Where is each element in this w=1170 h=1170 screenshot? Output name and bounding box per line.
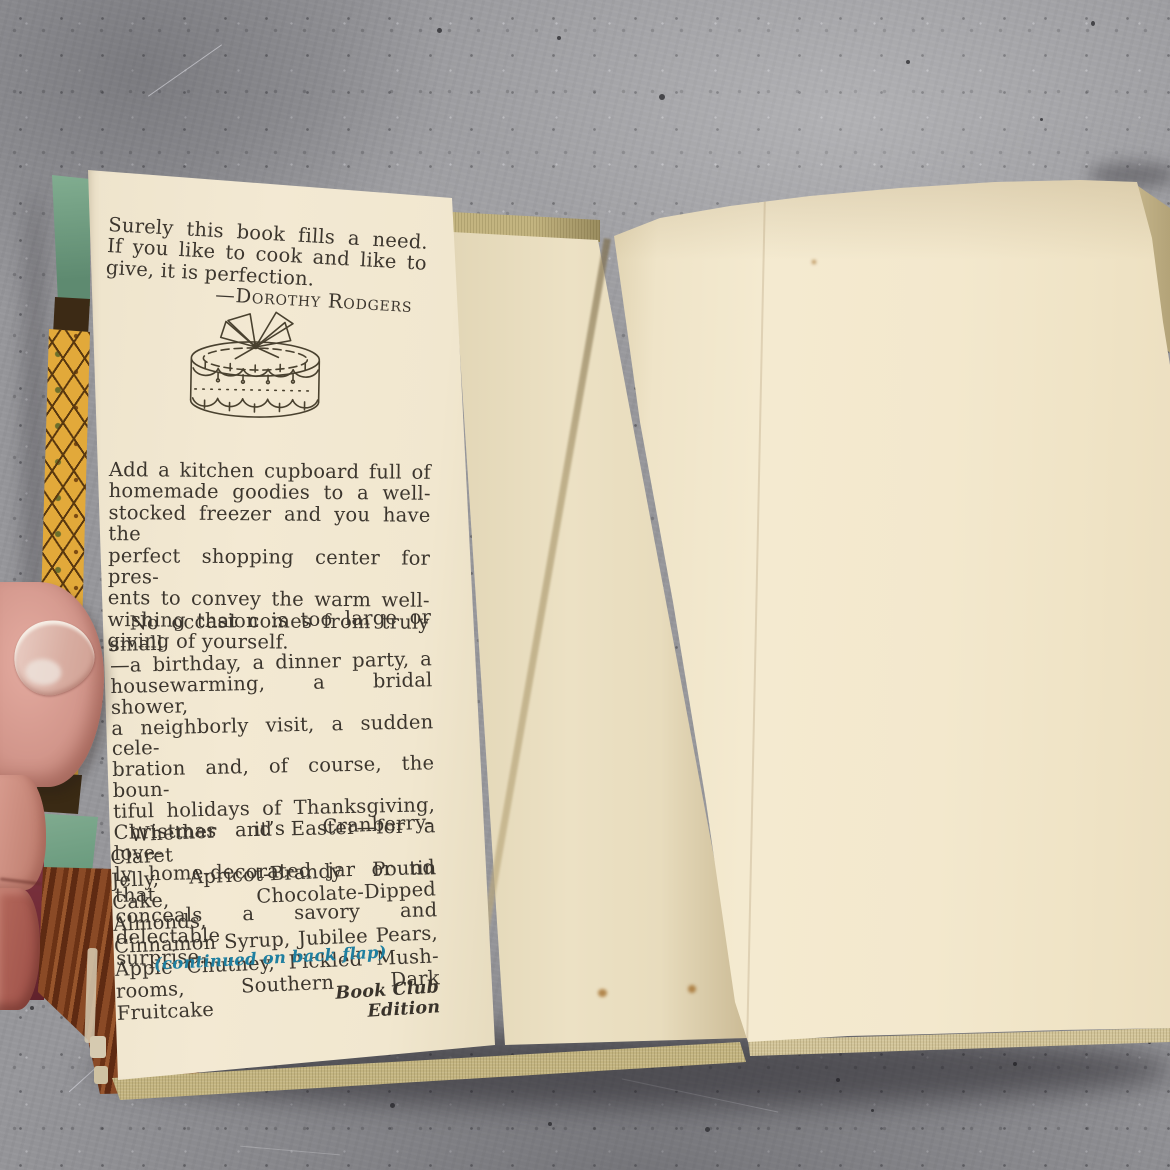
- photo-of-open-book: Surely this book fills a need.If you lik…: [0, 0, 1170, 1170]
- text-line: perfect shopping center for pres-: [108, 545, 430, 591]
- foxing-spot: [598, 989, 607, 997]
- concrete-speckle: [557, 36, 561, 40]
- nail-lunula: [24, 658, 62, 686]
- jacket-chip: [90, 1036, 106, 1058]
- concrete-speckle: [30, 1006, 34, 1010]
- page-crease: [746, 198, 766, 1044]
- concrete-speckle: [659, 94, 665, 100]
- finger-upper: [0, 775, 46, 890]
- dust-jacket-flap: Surely this book fills a need.If you lik…: [85, 168, 510, 1083]
- concrete-speckle: [1040, 118, 1043, 121]
- concrete-speckle: [1091, 21, 1095, 26]
- cake-illustration: [164, 306, 346, 451]
- concrete-speckle: [705, 1127, 710, 1132]
- concrete-speckle: [906, 60, 910, 64]
- text-line: stocked freezer and you have the: [108, 502, 430, 548]
- flap-quote: Surely this book fills a need.If you lik…: [104, 214, 428, 317]
- jacket-chip: [94, 1066, 108, 1084]
- concrete-speckle: [437, 28, 442, 33]
- concrete-speckle: [871, 1109, 874, 1112]
- foxing-spot: [812, 260, 816, 264]
- foxing-spot: [688, 985, 696, 993]
- concrete-speckle: [548, 1122, 552, 1126]
